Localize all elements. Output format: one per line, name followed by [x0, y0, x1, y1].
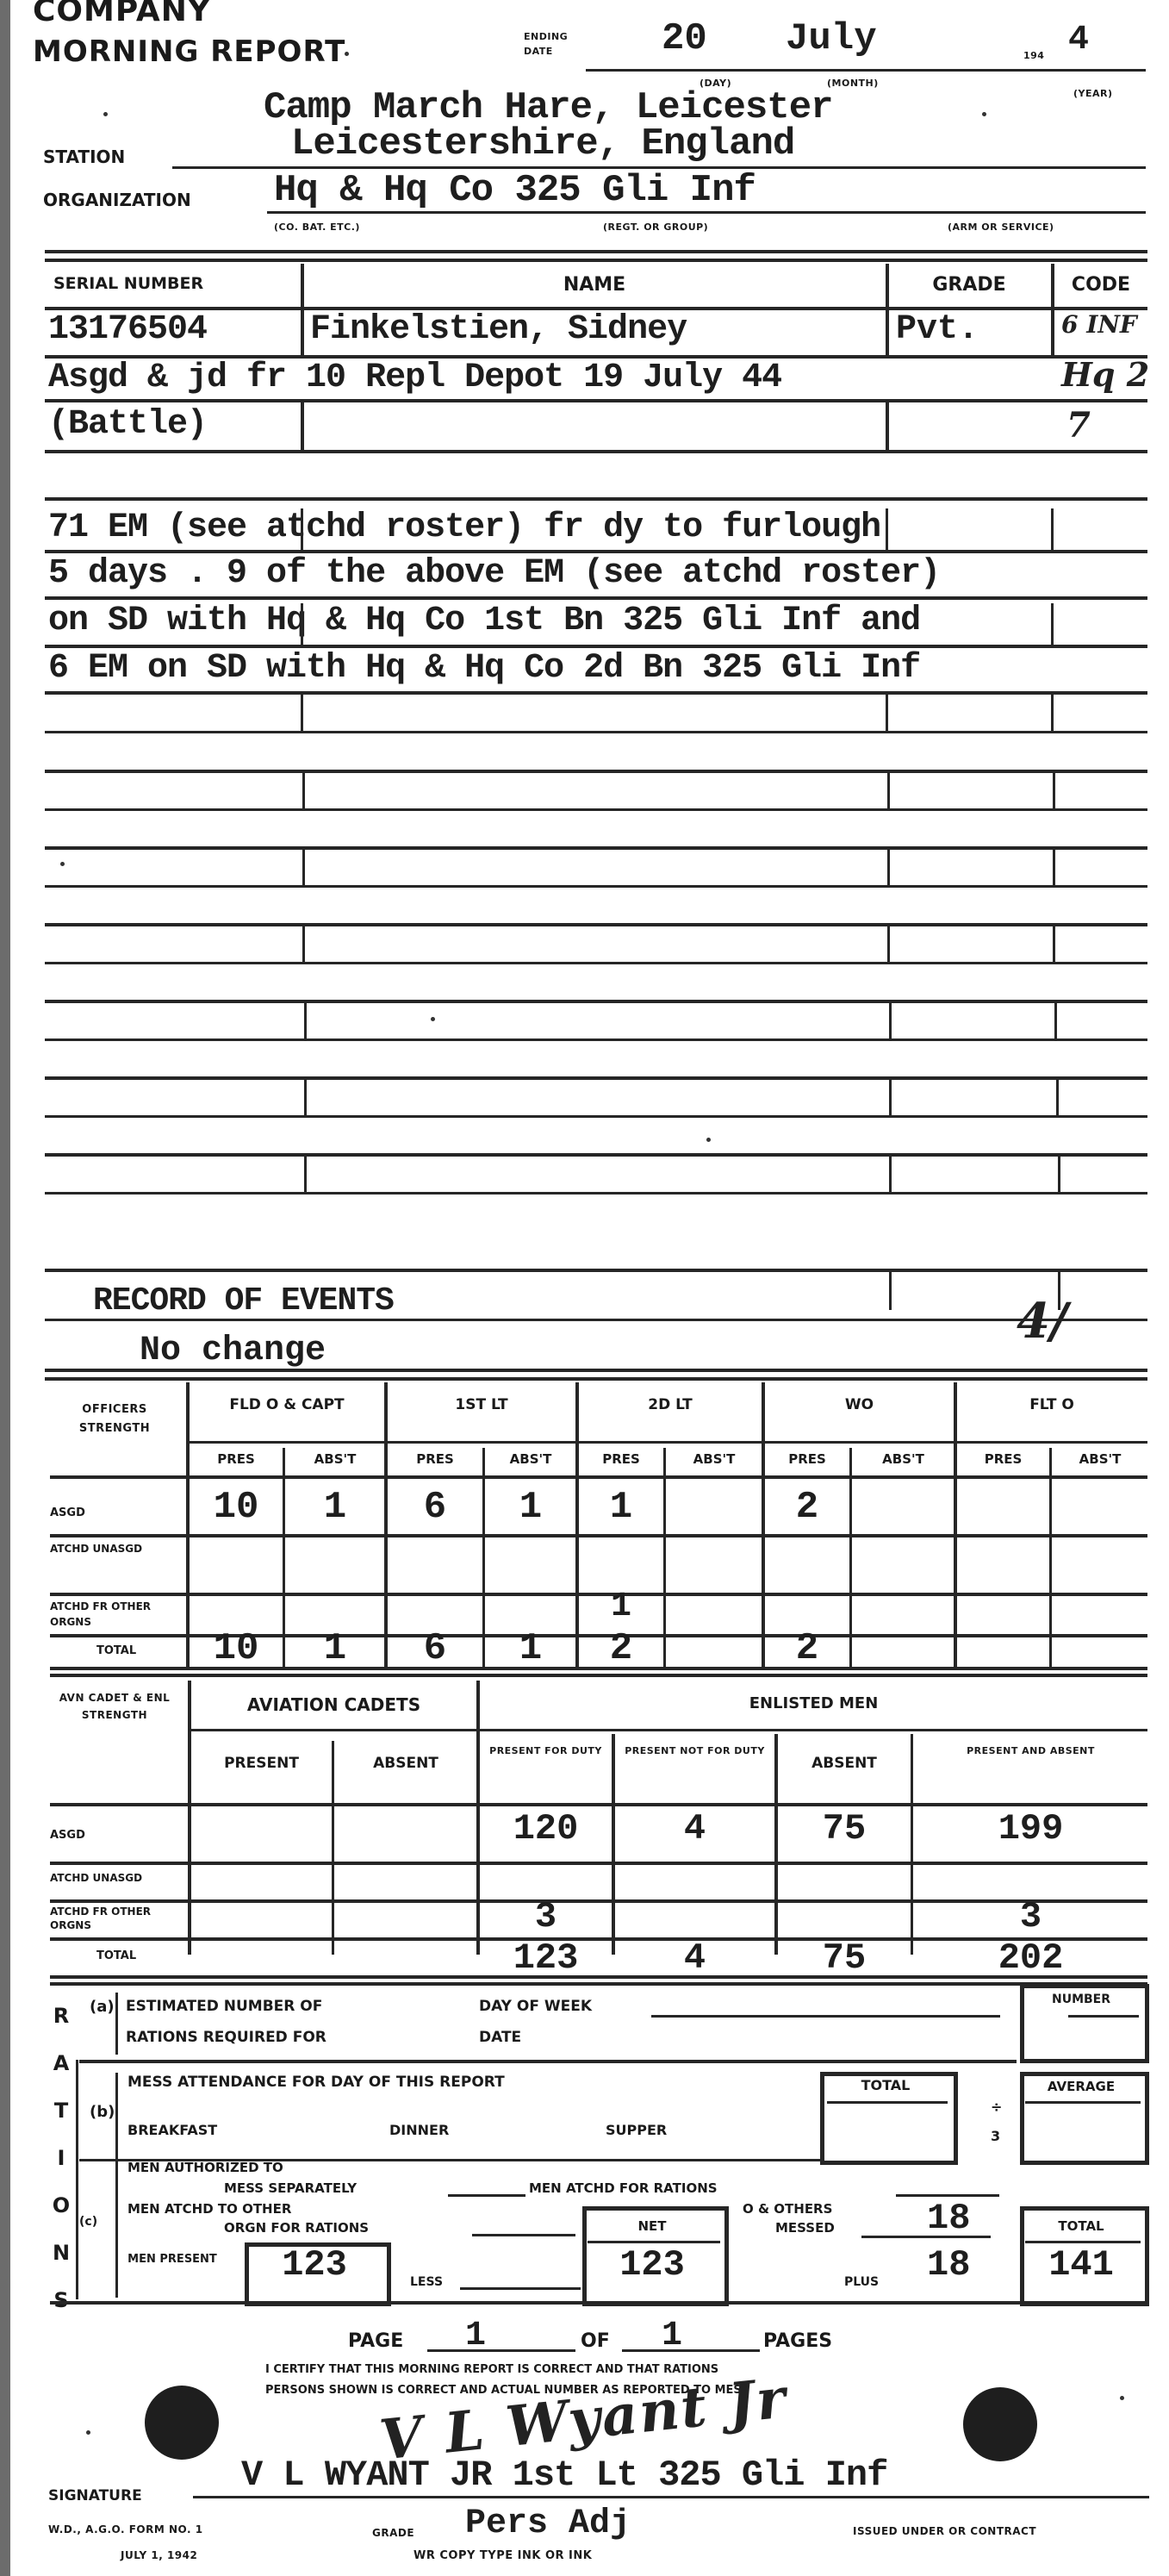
col-divider	[301, 695, 303, 731]
plus-label: PLUS	[844, 2275, 879, 2289]
col-divider	[304, 1079, 307, 1117]
col-divider	[302, 849, 305, 887]
blank-row-rule	[45, 1076, 1147, 1080]
men-present-label: MEN PRESENT	[121, 2251, 224, 2268]
page-label: PAGE	[348, 2330, 403, 2352]
meal-dinner: DINNER	[389, 2122, 449, 2138]
blank-row-rule	[45, 1153, 1147, 1157]
average-label: AVERAGE	[1025, 2079, 1137, 2094]
row-label-total: TOTAL	[96, 1644, 136, 1657]
blank-row-rule	[45, 731, 1147, 733]
remark-line-4[interactable]: 6 EM on SD with Hq & Hq Co 2d Bn 325 Gli…	[48, 649, 920, 688]
col-divider	[301, 603, 303, 646]
grade-label: GRADE	[372, 2527, 414, 2539]
organization-value[interactable]: Hq & Hq Co 325 Gli Inf	[274, 169, 755, 212]
col-divider	[304, 1156, 307, 1194]
hdr-absent: ABSENT	[778, 1755, 911, 1772]
mess-separately-label: MESS SEPARATELY	[224, 2180, 357, 2196]
rations-letter: I	[48, 2135, 74, 2182]
sub-abst: ABS'T	[1053, 1451, 1147, 1467]
hdr-present-not-for-duty: PRESENT NOT FOR DUTY	[615, 1744, 774, 1758]
remark-line-3[interactable]: on SD with Hq & Hq Co 1st Bn 325 Gli Inf…	[48, 602, 920, 640]
rule	[50, 1862, 1147, 1865]
rations-side-label: R A T I O N S	[48, 1993, 74, 2324]
col-divider	[302, 926, 305, 964]
estimated-label-1: ESTIMATED NUMBER OF	[126, 1998, 322, 2015]
sub-abst: ABS'T	[853, 1451, 954, 1467]
officer-value[interactable]: 2	[579, 1627, 663, 1670]
officer-value[interactable]: 10	[190, 1627, 283, 1670]
col-divider	[1051, 603, 1054, 646]
mess-attendance-label: MESS ATTENDANCE FOR DAY OF THIS REPORT	[127, 2074, 505, 2091]
ending-date-label: ENDING DATE	[524, 29, 586, 59]
blank-row-rule	[45, 1115, 1147, 1118]
officer-value[interactable]: 1	[286, 1627, 384, 1670]
hdr-present-for-duty: PRESENT FOR DUTY	[480, 1744, 612, 1758]
signature-line	[193, 2496, 1149, 2498]
scan-speck	[103, 112, 108, 116]
col-divider	[332, 1741, 334, 1955]
rule	[50, 1674, 1147, 1677]
officer-value[interactable]: 6	[388, 1486, 482, 1529]
rations-section-b: (b)	[90, 2103, 115, 2121]
hdr-avn-present: PRESENT	[191, 1755, 332, 1772]
rations-bracket	[115, 1993, 118, 2055]
rule	[45, 259, 1147, 262]
code-value-3[interactable]: 7	[1066, 405, 1091, 446]
officer-value[interactable]: 1	[579, 1486, 663, 1529]
punch-hole-left	[145, 2386, 219, 2460]
of-label: OF	[581, 2330, 610, 2352]
blank-row-rule	[45, 846, 1147, 850]
officer-group-1st-lt: 1ST LT	[388, 1396, 575, 1413]
rations-section-a: (a)	[90, 1998, 115, 2016]
rule	[45, 550, 1147, 553]
record-of-events-value[interactable]: No change	[140, 1332, 326, 1370]
blank-row-rule	[45, 1192, 1147, 1194]
row-label-total: TOTAL	[96, 1949, 136, 1962]
certify-text-1: I CERTIFY THAT THIS MORNING REPORT IS CO…	[265, 2363, 718, 2376]
col-divider	[886, 508, 888, 552]
form-title-company: COMPANY	[33, 0, 211, 28]
rule	[50, 1982, 1147, 1986]
rule	[45, 1369, 1147, 1372]
enlisted-value[interactable]: 123	[480, 1937, 612, 1979]
blank-row-rule	[45, 885, 1147, 888]
officer-value[interactable]: 1	[486, 1627, 575, 1670]
hdr-present-and-absent: PRESENT AND ABSENT	[914, 1744, 1147, 1758]
net-value[interactable]: 123	[588, 2244, 717, 2286]
blank-row-rule	[45, 962, 1147, 964]
grand-total-value[interactable]: 141	[1025, 2244, 1137, 2286]
date-underline	[586, 69, 1146, 72]
rule	[50, 1975, 1147, 1979]
men-atchd-other-label-1: MEN ATCHD TO OTHER	[127, 2201, 291, 2217]
date-month[interactable]: July	[786, 17, 877, 60]
rule	[45, 1377, 1147, 1381]
mess-separately-line[interactable]	[448, 2194, 525, 2197]
form-number-1: W.D., A.G.O. FORM NO. 1	[48, 2523, 203, 2535]
sub-abst: ABS'T	[286, 1451, 384, 1467]
col-divider	[1053, 926, 1055, 964]
org-sublabel-arm: (ARM OR SERVICE)	[948, 221, 1054, 233]
grade-value[interactable]: Pvt.	[896, 310, 979, 349]
men-atchd-line[interactable]	[896, 2194, 999, 2197]
others-messed-label-2: MESSED	[775, 2220, 835, 2236]
less-label: LESS	[410, 2275, 443, 2289]
org-sublabel-regiment: (REGT. OR GROUP)	[603, 221, 708, 233]
col-divider	[889, 1156, 892, 1194]
col-divider	[886, 264, 889, 357]
col-divider	[886, 695, 888, 731]
col-divider	[301, 309, 304, 357]
station-label: STATION	[43, 147, 125, 167]
rule	[45, 250, 1147, 253]
code-value-2[interactable]: Hq 2	[1061, 355, 1149, 394]
meal-breakfast: BREAKFAST	[127, 2122, 217, 2138]
ink-note: WR COPY TYPE INK OR INK	[414, 2549, 592, 2562]
organization-underline	[267, 211, 1146, 214]
meal-supper: SUPPER	[606, 2122, 667, 2138]
col-divider	[304, 1002, 307, 1040]
aviation-cadets-label: AVIATION CADETS	[191, 1694, 476, 1715]
rations-letter: T	[48, 2087, 74, 2135]
day-of-week-label: DAY OF WEEK	[479, 1998, 592, 2015]
rule	[45, 1319, 1147, 1321]
scan-edge	[0, 0, 10, 2576]
enlisted-value[interactable]: 4	[615, 1808, 774, 1849]
rule	[45, 596, 1147, 600]
col-divider	[1054, 1002, 1057, 1040]
scan-speck	[60, 862, 65, 866]
scan-speck	[706, 1138, 711, 1142]
rule	[460, 2287, 581, 2290]
scan-speck	[345, 52, 349, 56]
enlisted-value[interactable]: 3	[480, 1896, 612, 1937]
scan-speck	[86, 2430, 90, 2435]
record-of-events-label: RECORD OF EVENTS	[93, 1282, 394, 1319]
year-sublabel: (YEAR)	[1073, 88, 1113, 99]
officer-group-2d-lt: 2D LT	[579, 1396, 762, 1413]
enlisted-men-label: ENLISTED MEN	[480, 1694, 1147, 1712]
rations-letter: R	[48, 1993, 74, 2040]
col-divider	[887, 926, 890, 964]
rations-bracket	[115, 2163, 118, 2298]
rule	[79, 2060, 1017, 2063]
estimated-label-2: RATIONS REQUIRED FOR	[126, 2029, 326, 2046]
number-box-label: NUMBER	[1025, 1993, 1137, 2006]
officer-value[interactable]: 1	[579, 1587, 663, 1626]
sub-pres: PRES	[957, 1451, 1049, 1467]
col-divider	[1051, 264, 1054, 357]
page-total-underline	[622, 2349, 760, 2352]
header-serial-number: SERIAL NUMBER	[53, 274, 295, 293]
scan-speck	[775, 147, 780, 151]
grand-total-label: TOTAL	[1025, 2218, 1137, 2234]
code-value[interactable]: 6 INF	[1061, 310, 1137, 339]
col-divider	[301, 508, 303, 552]
officer-value[interactable]: 6	[388, 1627, 482, 1670]
station-line-2[interactable]: Leicestershire, England	[291, 122, 794, 165]
rule	[191, 1729, 1147, 1731]
row-label-atchd-fr-other: ATCHD FR OTHER ORGNS	[50, 1905, 179, 1932]
men-atchd-for-rations-label: MEN ATCHD FOR RATIONS	[529, 2180, 718, 2196]
page-underline	[427, 2349, 575, 2352]
rations-bracket	[76, 2060, 78, 2299]
row-label-atchd-fr-other: ATCHD FR OTHER ORGNS	[50, 1599, 179, 1630]
officer-value[interactable]: 2	[765, 1627, 849, 1670]
enlisted-value[interactable]: 75	[778, 1937, 911, 1979]
rule	[588, 2241, 720, 2243]
serial-number-value[interactable]: 13176504	[48, 310, 207, 349]
rule	[1025, 2241, 1141, 2243]
rations-section-c: (c)	[79, 2215, 97, 2229]
organization-label: ORGANIZATION	[43, 190, 191, 210]
col-divider	[889, 1002, 892, 1040]
col-divider	[911, 1734, 913, 1955]
col-divider	[887, 849, 890, 887]
rule	[45, 645, 1147, 648]
officer-value[interactable]: 1	[286, 1486, 384, 1529]
rations-letter: O	[48, 2182, 74, 2230]
col-divider	[889, 1079, 892, 1117]
men-atchd-other-line[interactable]	[472, 2234, 575, 2236]
blank-row-rule	[45, 1000, 1147, 1003]
col-divider	[886, 402, 889, 451]
enlisted-value[interactable]: 3	[914, 1896, 1147, 1937]
officer-group-flt-o: FLT O	[957, 1396, 1147, 1413]
signature-label: SIGNATURE	[48, 2487, 142, 2504]
col-divider	[1051, 508, 1054, 552]
grade-value[interactable]: Pers Adj	[465, 2504, 631, 2543]
col-divider	[1058, 1156, 1060, 1194]
rule	[190, 1441, 1147, 1444]
header-name: NAME	[302, 274, 887, 296]
remark-line-2[interactable]: 5 days . 9 of the above EM (see atchd ro…	[48, 554, 940, 593]
form-title-morning-report: MORNING REPORT	[33, 34, 345, 69]
rule	[827, 2101, 948, 2104]
pages-label: PAGES	[763, 2330, 832, 2352]
date-label: DATE	[479, 2029, 521, 2046]
date-year[interactable]: 4	[1068, 21, 1089, 59]
men-atchd-other-label-2: ORGN FOR RATIONS	[224, 2220, 369, 2236]
rule	[45, 399, 1147, 402]
enlisted-value[interactable]: 199	[914, 1808, 1147, 1849]
header-grade: GRADE	[887, 274, 1051, 296]
row-label-atchd-unasgd: ATCHD UNASGD	[50, 1541, 179, 1556]
col-divider	[887, 772, 890, 810]
day-of-week-line[interactable]	[651, 2015, 1000, 2018]
col-divider	[1053, 772, 1055, 810]
scan-speck	[982, 112, 986, 116]
officers-strength-label: OFFICERS STRENGTH	[50, 1400, 179, 1438]
men-authorized-label: MEN AUTHORIZED TO	[127, 2160, 283, 2175]
officer-value[interactable]: 10	[190, 1486, 283, 1529]
blank-row-rule	[45, 770, 1147, 773]
header-code: CODE	[1053, 274, 1149, 296]
enlisted-value[interactable]: 75	[778, 1808, 911, 1849]
month-sublabel: (MONTH)	[827, 78, 879, 89]
divide-by-three: ÷ 3	[991, 2093, 1008, 2151]
form-number-2: JULY 1, 1942	[121, 2549, 197, 2561]
col-divider	[1056, 1079, 1059, 1117]
assignment-line[interactable]: Asgd & jd fr 10 Repl Depot 19 July 44	[48, 359, 781, 397]
rations-letter: N	[48, 2230, 74, 2277]
punch-hole-right	[963, 2387, 1037, 2461]
scan-speck	[431, 1017, 435, 1021]
rule	[50, 1475, 1147, 1479]
year-prefix: 194	[1023, 50, 1044, 61]
col-divider	[301, 264, 304, 309]
row-label-asgd: ASGD	[50, 1506, 85, 1519]
row-label-atchd-unasgd: ATCHD UNASGD	[50, 1870, 179, 1886]
officer-value[interactable]: 2	[765, 1486, 849, 1529]
blank-row-rule	[45, 808, 1147, 811]
sub-pres: PRES	[579, 1451, 663, 1467]
sub-pres: PRES	[190, 1451, 283, 1467]
others-messed-value[interactable]: 18	[927, 2198, 970, 2239]
officer-group-fld-capt: FLD O & CAPT	[190, 1396, 384, 1413]
hdr-avn-absent: ABSENT	[335, 1755, 476, 1772]
rations-letter: A	[48, 2040, 74, 2087]
net-label: NET	[588, 2218, 717, 2234]
rule	[50, 1803, 1147, 1806]
col-divider	[1051, 695, 1054, 731]
plus-value[interactable]: 18	[927, 2244, 970, 2286]
signature-typed[interactable]: V L WYANT JR 1st Lt 325 Gli Inf	[241, 2454, 887, 2496]
rule	[50, 1534, 1147, 1537]
sub-abst: ABS'T	[667, 1451, 762, 1467]
initials-mark: 4/	[1017, 1293, 1067, 1350]
col-divider	[301, 402, 304, 451]
rule	[45, 497, 1147, 501]
blank-row-rule	[45, 1039, 1147, 1041]
name-value[interactable]: Finkelstien, Sidney	[310, 310, 687, 349]
col-divider	[302, 772, 305, 810]
rule	[45, 450, 1147, 453]
officer-group-wo: WO	[765, 1396, 954, 1413]
rule	[50, 2301, 1147, 2305]
men-present-value[interactable]: 123	[250, 2244, 379, 2286]
issued-note: ISSUED UNDER OR CONTRACT	[853, 2525, 1036, 2537]
battle-note[interactable]: (Battle)	[48, 405, 207, 444]
date-day[interactable]: 20	[662, 17, 707, 60]
others-messed-label-1: O & OTHERS	[743, 2201, 832, 2217]
scan-speck	[1120, 2396, 1124, 2400]
mess-total-label: TOTAL	[825, 2077, 946, 2093]
col-divider	[188, 1681, 191, 1955]
rule	[45, 691, 1147, 695]
sub-abst: ABS'T	[486, 1451, 575, 1467]
row-label-asgd: ASGD	[50, 1829, 85, 1842]
rule	[861, 2236, 991, 2238]
officer-value[interactable]: 1	[486, 1486, 575, 1529]
enlisted-value[interactable]: 120	[480, 1808, 612, 1849]
col-divider	[1053, 849, 1055, 887]
sub-pres: PRES	[388, 1451, 482, 1467]
rule	[45, 1269, 1147, 1272]
rule	[1025, 2101, 1141, 2104]
enlisted-strength-label: AVN CADET & ENL STRENGTH	[50, 1689, 179, 1724]
col-divider	[889, 1272, 892, 1310]
blank-row-rule	[45, 923, 1147, 926]
org-sublabel-company: (CO. BAT. ETC.)	[274, 221, 360, 233]
remark-line-1[interactable]: 71 EM (see atchd roster) fr dy to furlou…	[48, 508, 880, 547]
rule	[1068, 2015, 1139, 2018]
col-divider	[954, 1382, 957, 1667]
enlisted-value[interactable]: 4	[615, 1937, 774, 1979]
sub-pres: PRES	[765, 1451, 849, 1467]
enlisted-value[interactable]: 202	[914, 1937, 1147, 1979]
rule	[50, 1667, 1147, 1670]
